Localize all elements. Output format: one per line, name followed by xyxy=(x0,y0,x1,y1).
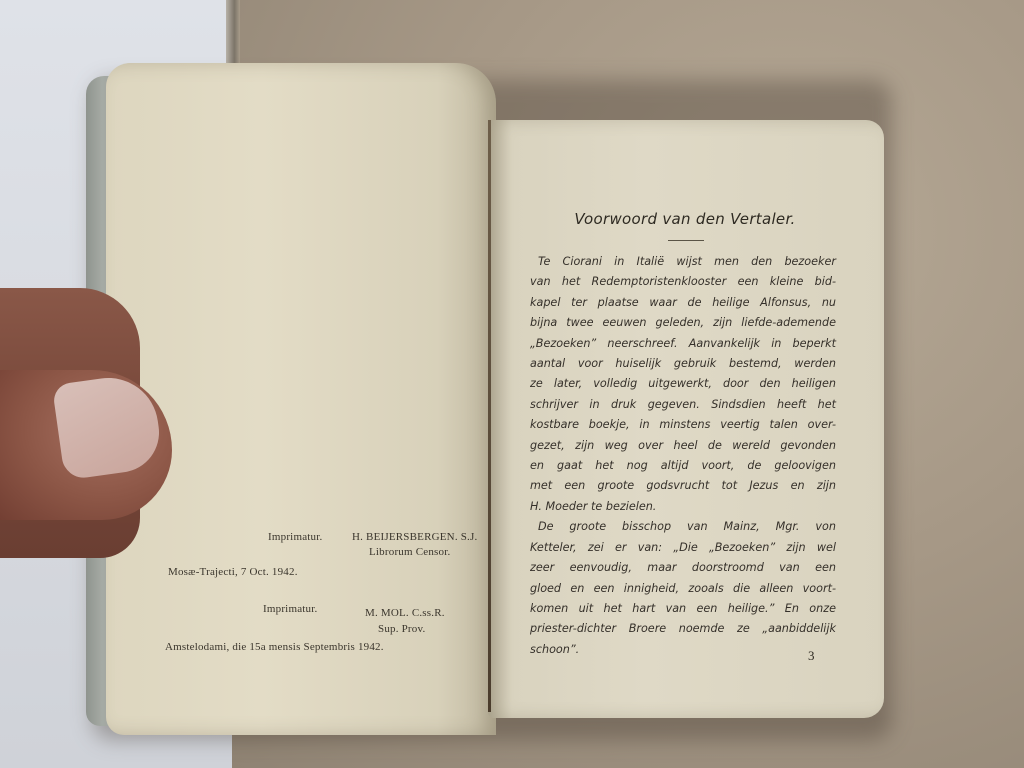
text-line: Ketteler, zei er van: „Die „Bezoeken” zi… xyxy=(530,538,836,558)
text-line: priester-dichter Broere noemde ze „aanbi… xyxy=(530,619,836,639)
text-line: schrijver in druk gegeven. Sindsdien hee… xyxy=(530,395,836,415)
imprimatur-place-date-1: Mosæ-Trajecti, 7 Oct. 1942. xyxy=(168,566,298,578)
text-line: met een groote godsvrucht tot Jezus en z… xyxy=(530,476,836,496)
text-line: ze later, volledig uitgewerkt, door den … xyxy=(530,374,836,394)
paragraph-2: De groote bisschop van Mainz, Mgr. von K… xyxy=(530,517,836,660)
imprimatur-label-2: Imprimatur. xyxy=(263,603,317,615)
text-line: „Bezoeken” neerschreef. Aanvankelijk in … xyxy=(530,334,836,354)
text-line: De groote bisschop van Mainz, Mgr. von xyxy=(530,517,836,537)
text-line: van het Redemptoristenklooster een klein… xyxy=(530,272,836,292)
left-page[interactable] xyxy=(106,63,496,735)
imprimatur-title-2: Sup. Prov. xyxy=(378,623,425,635)
imprimatur-name-1: H. BEIJERSBERGEN. S.J. xyxy=(352,531,477,543)
imprimatur-name-2: M. MOL. C.ss.R. xyxy=(365,607,445,619)
text-line: Te Ciorani in Italië wijst men den bezoe… xyxy=(530,252,836,272)
text-line: aantal voor huiselijk gebruik bestemd, w… xyxy=(530,354,836,374)
text-line: kostbare boekje, in minstens veertig tal… xyxy=(530,415,836,435)
paragraph-1: Te Ciorani in Italië wijst men den bezoe… xyxy=(530,252,836,517)
text-line: zeer eenvoudig, maar doorstroomd van een xyxy=(530,558,836,578)
text-line: schoon”. xyxy=(530,640,836,660)
text-line: kapel ter plaatse waar de heilige Alfons… xyxy=(530,293,836,313)
book-spine xyxy=(488,120,491,712)
text-line: gezet, zijn weg over heel de wereld gevo… xyxy=(530,436,836,456)
title-divider xyxy=(668,240,704,241)
text-line: en gaat het nog altijd voort, de geloovi… xyxy=(530,456,836,476)
imprimatur-place-date-2: Amstelodami, die 15a mensis Septembris 1… xyxy=(165,641,384,653)
preface-body: Te Ciorani in Italië wijst men den bezoe… xyxy=(530,252,836,660)
imprimatur-label-1: Imprimatur. xyxy=(268,531,322,543)
text-line: gloed en een innigheid, zooals die allee… xyxy=(530,579,836,599)
cardboard-torn-edge xyxy=(226,0,240,72)
text-line: bijna twee eeuwen geleden, zijn liefde-a… xyxy=(530,313,836,333)
imprimatur-title-1: Librorum Censor. xyxy=(369,546,450,558)
page-title: Voorwoord van den Vertaler. xyxy=(520,210,850,228)
page-number: 3 xyxy=(808,648,815,664)
text-line: H. Moeder te bezielen. xyxy=(530,497,836,517)
text-line: komen uit het hart van een heilige.” En … xyxy=(530,599,836,619)
